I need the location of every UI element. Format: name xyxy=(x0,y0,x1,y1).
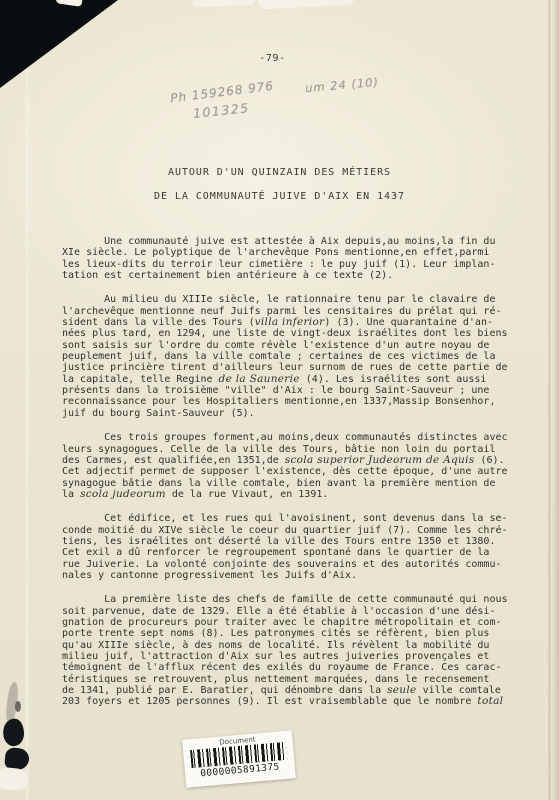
paragraph: Une communauté juive est attestée à Aix … xyxy=(62,236,524,281)
handwritten-annotation-left-2: 101325 xyxy=(192,100,250,121)
handwritten-annotation-left-1: Ph 159268 976 xyxy=(170,79,275,106)
paragraph: La première liste des chefs de famille d… xyxy=(62,594,524,707)
article-title-line1: AUTOUR D'UN QUINZAIN DES MÉTIERS xyxy=(0,161,559,185)
page-number: -79- xyxy=(0,53,552,64)
barcode-sticker: Document 0000005891375 xyxy=(182,730,296,787)
scan-corner-shadow xyxy=(0,0,120,90)
torn-paper-edge xyxy=(258,0,354,10)
ink-blot xyxy=(0,717,26,748)
handwritten-annotation-right: um 24 (10) xyxy=(305,75,380,95)
scanned-page: -79- Ph 159268 976 101325 um 24 (10) AUT… xyxy=(0,0,559,800)
paragraph: Au milieu du XIIIe siècle, le rationnair… xyxy=(62,294,524,419)
article-title-line2: DE LA COMMUNAUTÉ JUIVE D'AIX EN 1437 xyxy=(0,185,559,209)
paragraph: Ces trois groupes forment,au moins,deux … xyxy=(62,432,524,500)
body-text: Une communauté juive est attestée à Aix … xyxy=(62,236,524,721)
paragraph: Cet édifice, et les rues qui l'avoisinen… xyxy=(62,513,524,581)
torn-paper-edge xyxy=(193,0,255,7)
ink-smudge xyxy=(15,701,21,712)
article-title: AUTOUR D'UN QUINZAIN DES MÉTIERS DE LA C… xyxy=(0,161,559,209)
torn-paper-edge xyxy=(0,766,29,791)
